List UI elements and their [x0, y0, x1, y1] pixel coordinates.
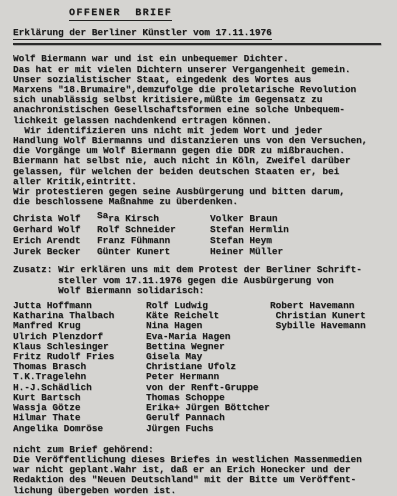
signatory-name: Angelika Domröse	[13, 424, 146, 434]
raised-typo-text: Sa	[97, 210, 108, 221]
signatory-name	[270, 424, 389, 434]
signatory-name	[270, 393, 389, 403]
signatory-name	[270, 362, 389, 372]
signatory-name	[270, 342, 389, 352]
title-row: OFFENER BRIEF	[13, 8, 389, 27]
signatories-second-list: Jutta HoffmannRolf LudwigRobert Havemann…	[13, 301, 389, 434]
signatory-name-rest: ra Kirsch	[108, 213, 159, 224]
postscript-block: nicht zum Brief gehörend: Die Veröffentl…	[13, 445, 389, 496]
signatory-row: Erich ArendtFranz FühmannStefan Heym	[13, 235, 389, 246]
signatory-name	[270, 352, 389, 362]
divider-rule	[13, 43, 381, 45]
signatory-name: Gerhard Wolf	[13, 224, 97, 235]
postscript-text: Die Veröffentlichung dieses Briefes in w…	[13, 455, 389, 496]
signatory-row: Jurek BeckerGünter KunertHeiner Müller	[13, 246, 389, 257]
zusatz-label: Zusatz:	[13, 265, 58, 296]
signatory-name: Sybille Havemann	[270, 321, 389, 331]
signatory-name: Stefan Heym	[210, 235, 389, 246]
zusatz-text: Wir erklären uns mit dem Protest der Ber…	[58, 265, 362, 296]
paragraph-protest: Wir identifizieren uns nicht mit jedem W…	[13, 126, 389, 208]
signatory-name	[270, 413, 389, 423]
document-subtitle: Erklärung der Berliner Künstler vom 17.1…	[13, 28, 272, 40]
scanned-letter-page: { "doc": { "title": "OFFENER BRIEF", "su…	[0, 0, 397, 496]
signatory-name	[270, 372, 389, 382]
signatory-name: Volker Braun	[210, 213, 389, 224]
signatory-row: Christa WolfSara KirschVolker Braun	[13, 213, 389, 224]
signatory-name: Christa Wolf	[13, 213, 97, 224]
signatory-name	[270, 403, 389, 413]
signatory-name	[270, 383, 389, 393]
signatory-name: Franz Fühmann	[97, 235, 210, 246]
signatory-row: Hilmar ThateGerulf Pannach	[13, 413, 389, 423]
signatory-name: Sara Kirsch	[97, 213, 210, 224]
signatory-name	[270, 332, 389, 342]
signatory-name: Hilmar Thate	[13, 413, 146, 423]
signatories-first-list: Christa WolfSara KirschVolker BraunGerha…	[13, 213, 389, 257]
signatory-row: Gerhard WolfRolf SchneiderStefan Hermlin	[13, 224, 389, 235]
signatory-name: Gerulf Pannach	[146, 413, 270, 423]
paragraph-biermann-intro: Wolf Biermann war und ist ein unbequemer…	[13, 54, 389, 125]
signatory-name: Jürgen Fuchs	[146, 424, 270, 434]
signatory-name: Heiner Müller	[210, 246, 389, 257]
subtitle-row: Erklärung der Berliner Künstler vom 17.1…	[13, 28, 389, 40]
signatory-row: Angelika DomröseJürgen Fuchs	[13, 424, 389, 434]
signatory-name: Rolf Schneider	[97, 224, 210, 235]
signatory-name: Jurek Becker	[13, 246, 97, 257]
document-title: OFFENER BRIEF	[69, 9, 172, 21]
signatory-name: Erich Arendt	[13, 235, 97, 246]
letter-body: OFFENER BRIEF Erklärung der Berliner Kün…	[0, 0, 397, 496]
zusatz-block: Zusatz: Wir erklären uns mit dem Protest…	[13, 265, 389, 296]
signatory-name: Stefan Hermlin	[210, 224, 389, 235]
signatory-name: Günter Kunert	[97, 246, 210, 257]
